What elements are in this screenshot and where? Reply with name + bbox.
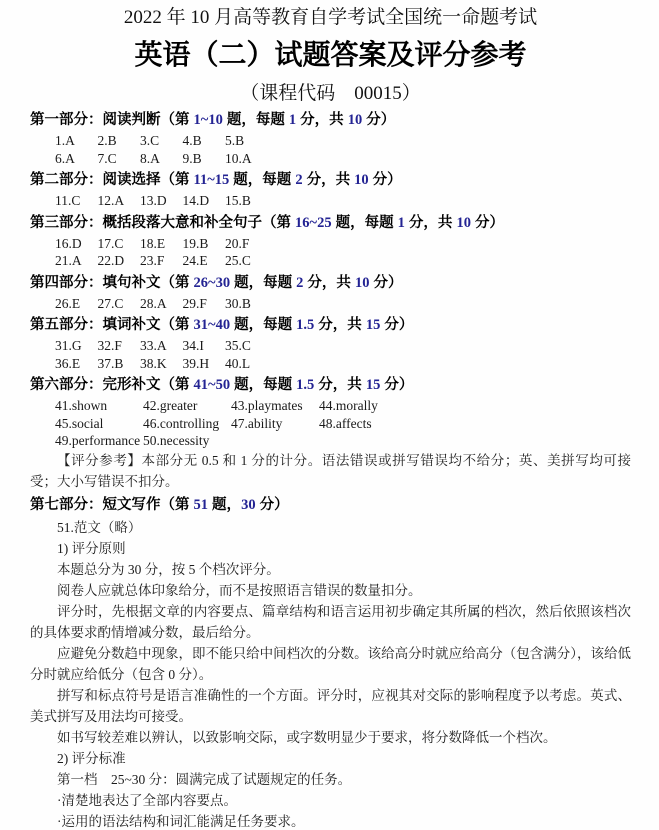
header-text: 题，每题 — [230, 275, 296, 291]
document-page: 2022 年 10 月高等教育自学考试全国统一命题考试 英语（二）试题答案及评分… — [0, 0, 659, 830]
paragraph: 应避免分数趋中现象，即不能只给中间档次的分数。该给高分时就应给高分（包含满分），… — [30, 643, 631, 685]
answer-item: 37.B — [98, 355, 141, 373]
answer-item: 39.H — [183, 355, 226, 373]
paragraph: 【评分参考】本部分无 0.5 和 1 分的计分。语法错误或拼写错误均不给分；英、… — [30, 450, 631, 492]
answer-item: 8.A — [140, 150, 183, 168]
answer-item: 18.E — [140, 235, 183, 253]
header-text: 分） — [471, 215, 504, 231]
header-text: 分，共 — [296, 112, 348, 128]
header-text: 第二部分：阅读选择（第 — [30, 172, 194, 188]
section-header: 第六部分：完形补文（第 41~50 题，每题 1.5 分，共 15 分） — [30, 376, 631, 395]
paragraph: 如书写较差难以辨认，以致影响交际，或字数明显少于要求，将分数降低一个档次。 — [30, 727, 631, 748]
header-text: 第一部分：阅读判断（第 — [30, 112, 194, 128]
answer-item: 4.B — [183, 132, 226, 150]
header-number: 10 — [348, 112, 363, 128]
answer-item: 48.affects — [319, 415, 407, 433]
header-text: 题，每题 — [230, 377, 296, 393]
header-text: 分，共 — [314, 317, 366, 333]
answer-item: 49.performance — [55, 432, 143, 450]
answer-item: 41.shown — [55, 397, 143, 415]
answer-row: 6.A7.C8.A9.B10.A — [30, 150, 631, 168]
header-text: 题，每题 — [223, 112, 289, 128]
header-text: 第六部分：完形补文（第 — [30, 377, 194, 393]
answer-row: 41.shown42.greater43.playmates44.morally — [30, 397, 631, 415]
answer-item: 23.F — [140, 252, 183, 270]
document-body: 第一部分：阅读判断（第 1~10 题，每题 1 分，共 10 分）1.A2.B3… — [30, 111, 631, 830]
exam-title: 2022 年 10 月高等教育自学考试全国统一命题考试 — [30, 5, 631, 31]
paragraph: ·运用的语法结构和词汇能满足任务要求。 — [30, 811, 631, 830]
answer-item: 24.E — [183, 252, 226, 270]
answer-row: 11.C12.A13.D14.D15.B — [30, 192, 631, 210]
answer-item: 1.A — [55, 132, 98, 150]
answer-item: 12.A — [98, 192, 141, 210]
header-text: 第五部分：填词补文（第 — [30, 317, 194, 333]
header-text: 第七部分：短文写作（第 — [30, 497, 194, 513]
header-text: 分，共 — [314, 377, 366, 393]
header-text: 第三部分：概括段落大意和补全句子（第 — [30, 215, 295, 231]
paragraph: 阅卷人应就总体印象给分，而不是按照语言错误的数量扣分。 — [30, 580, 631, 601]
document-header: 2022 年 10 月高等教育自学考试全国统一命题考试 英语（二）试题答案及评分… — [30, 5, 631, 106]
answer-item: 11.C — [55, 192, 98, 210]
answer-row: 45.social46.controlling47.ability48.affe… — [30, 415, 631, 433]
course-code: （课程代码 00015） — [30, 82, 631, 106]
answer-item: 33.A — [140, 337, 183, 355]
header-text: 分，共 — [405, 215, 457, 231]
answer-item: 36.E — [55, 355, 98, 373]
header-number: 1.5 — [296, 377, 314, 393]
answer-item: 19.B — [183, 235, 226, 253]
paragraph: ·清楚地表达了全部内容要点。 — [30, 790, 631, 811]
header-number: 15 — [366, 377, 381, 393]
answer-item: 13.D — [140, 192, 183, 210]
header-text: 分） — [369, 172, 402, 188]
header-number: 1.5 — [296, 317, 314, 333]
answer-item: 42.greater — [143, 397, 231, 415]
header-text: 分，共 — [303, 172, 355, 188]
answer-item: 9.B — [183, 150, 226, 168]
header-number: 11~15 — [194, 172, 230, 188]
answer-row: 31.G32.F33.A34.I35.C — [30, 337, 631, 355]
section-header: 第三部分：概括段落大意和补全句子（第 16~25 题，每题 1 分，共 10 分… — [30, 214, 631, 233]
answer-row: 21.A22.D23.F24.E25.C — [30, 252, 631, 270]
paragraph: 拼写和标点符号是语言准确性的一个方面。评分时，应视其对交际的影响程度予以考虑。英… — [30, 685, 631, 727]
answer-item: 3.C — [140, 132, 183, 150]
answer-item: 44.morally — [319, 397, 407, 415]
answer-item: 16.D — [55, 235, 98, 253]
header-text: 分） — [256, 497, 289, 513]
answer-item: 2.B — [98, 132, 141, 150]
header-number: 15 — [366, 317, 381, 333]
paragraph: 51.范文（略） — [30, 517, 631, 538]
header-number: 10 — [354, 172, 369, 188]
header-text: 题，每题 — [230, 317, 296, 333]
header-number: 2 — [295, 172, 302, 188]
answer-item: 7.C — [98, 150, 141, 168]
answer-item: 25.C — [225, 252, 268, 270]
answer-item: 26.E — [55, 295, 98, 313]
answer-item: 28.A — [140, 295, 183, 313]
answer-row: 36.E37.B38.K39.H40.L — [30, 355, 631, 373]
paragraph: 第一档 25~30 分：圆满完成了试题规定的任务。 — [30, 769, 631, 790]
header-text: 分） — [362, 112, 395, 128]
paragraph: 评分时，先根据文章的内容要点、篇章结构和语言运用初步确定其所属的档次，然后依照该… — [30, 601, 631, 643]
section-header: 第七部分：短文写作（第 51 题，30 分） — [30, 496, 631, 515]
answer-item: 21.A — [55, 252, 98, 270]
header-number: 10 — [456, 215, 471, 231]
header-number: 16~25 — [295, 215, 332, 231]
answer-item: 20.F — [225, 235, 268, 253]
section-header: 第二部分：阅读选择（第 11~15 题，每题 2 分，共 10 分） — [30, 171, 631, 190]
section-header: 第四部分：填句补文（第 26~30 题，每题 2 分，共 10 分） — [30, 274, 631, 293]
header-text: 分） — [369, 275, 402, 291]
answer-item: 6.A — [55, 150, 98, 168]
answer-item: 45.social — [55, 415, 143, 433]
header-text: 题，每题 — [332, 215, 398, 231]
answer-item: 30.B — [225, 295, 268, 313]
header-number: 1~10 — [194, 112, 223, 128]
answer-item: 46.controlling — [143, 415, 231, 433]
answer-item: 17.C — [98, 235, 141, 253]
header-text: 题， — [208, 497, 241, 513]
answer-item: 27.C — [98, 295, 141, 313]
answer-item: 35.C — [225, 337, 268, 355]
answer-item: 14.D — [183, 192, 226, 210]
answer-item: 15.B — [225, 192, 268, 210]
answer-row: 26.E27.C28.A29.F30.B — [30, 295, 631, 313]
header-number: 51 — [194, 497, 209, 513]
document-title: 英语（二）试题答案及评分参考 — [30, 37, 631, 73]
answer-item: 47.ability — [231, 415, 319, 433]
header-text: 分） — [380, 317, 413, 333]
header-number: 10 — [355, 275, 370, 291]
header-text: 题，每题 — [229, 172, 295, 188]
header-number: 41~50 — [194, 377, 231, 393]
answer-item: 50.necessity — [143, 432, 231, 450]
answer-item: 31.G — [55, 337, 98, 355]
answer-item: 22.D — [98, 252, 141, 270]
answer-item: 32.F — [98, 337, 141, 355]
answer-row: 16.D17.C18.E19.B20.F — [30, 235, 631, 253]
answer-item: 43.playmates — [231, 397, 319, 415]
header-number: 31~40 — [194, 317, 231, 333]
header-text: 第四部分：填句补文（第 — [30, 275, 194, 291]
answer-item: 10.A — [225, 150, 268, 168]
header-number: 26~30 — [194, 275, 231, 291]
answer-row: 1.A2.B3.C4.B5.B — [30, 132, 631, 150]
header-number: 1 — [398, 215, 405, 231]
answer-item: 38.K — [140, 355, 183, 373]
answer-item: 5.B — [225, 132, 268, 150]
answer-item: 29.F — [183, 295, 226, 313]
paragraph: 1) 评分原则 — [30, 538, 631, 559]
header-number: 30 — [241, 497, 256, 513]
section-header: 第五部分：填词补文（第 31~40 题，每题 1.5 分，共 15 分） — [30, 316, 631, 335]
header-text: 分） — [380, 377, 413, 393]
section-header: 第一部分：阅读判断（第 1~10 题，每题 1 分，共 10 分） — [30, 111, 631, 130]
answer-row: 49.performance50.necessity — [30, 432, 631, 450]
answer-item: 40.L — [225, 355, 268, 373]
answer-item: 34.I — [183, 337, 226, 355]
header-text: 分，共 — [303, 275, 355, 291]
paragraph: 2) 评分标准 — [30, 748, 631, 769]
paragraph: 本题总分为 30 分，按 5 个档次评分。 — [30, 559, 631, 580]
